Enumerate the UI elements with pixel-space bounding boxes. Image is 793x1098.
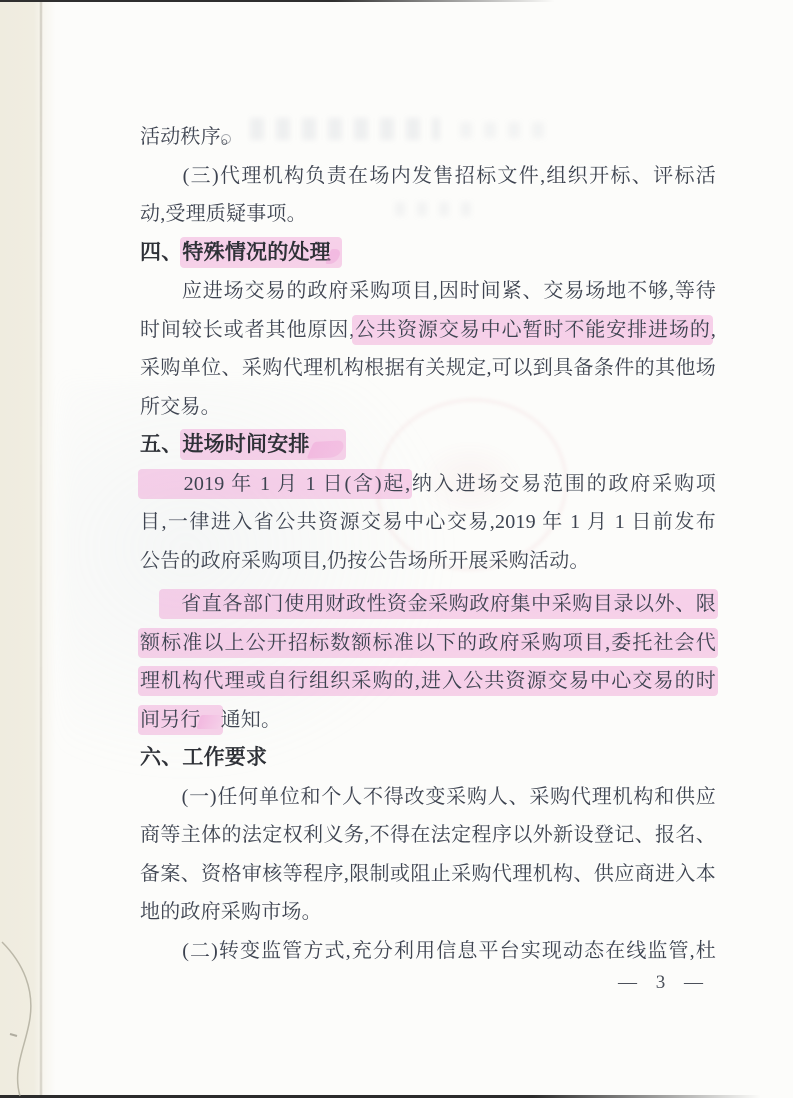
scanned-document-page: 活动秩序。 (三)代理机构负责在场内发售招标文件,组织开标、评标活 动,受理质疑… [0, 0, 793, 1098]
paper-fold-crease [40, 0, 42, 1098]
paper-wrinkle [0, 938, 120, 1098]
text-line-highlighted: 理机构代理或自行组织采购的,进入公共资源交易中心交易的时 [140, 662, 716, 701]
text-line: (二)转变监管方式,充分利用信息平台实现动态在线监管,杜 [140, 932, 716, 971]
text-line: 所交易。 [140, 388, 716, 427]
text-line: 应进场交易的政府采购项目,因时间紧、交易场地不够,等待 [140, 272, 716, 311]
text-line: 活动秩序。 [140, 118, 716, 157]
text-line: 地的政府采购市场。 [140, 893, 716, 932]
text-line-highlighted: 时间较长或者其他原因,公共资源交易中心暂时不能安排进场的, [140, 311, 716, 350]
text-line: (一)任何单位和个人不得改变采购人、采购代理机构和供应 [140, 778, 716, 817]
text-line-highlighted: 额标准以上公开招标数额标准以下的政府采购项目,委托社会代 [140, 624, 716, 663]
text-line: 动,受理质疑事项。 [140, 195, 716, 234]
section-heading-5: 五、进场时间安排 [140, 426, 716, 465]
text-line: 商等主体的法定权利义务,不得在法定程序以外新设登记、报名、 [140, 816, 716, 855]
scan-top-edge [0, 0, 555, 2]
page-number: — 3 — [618, 972, 710, 994]
text-line: 目,一律进入省公共资源交易中心交易,2019 年 1 月 1 日前发布 [140, 503, 716, 542]
text-line-highlighted: 间另行通知。 [140, 701, 716, 740]
text-line: 采购单位、采购代理机构根据有关规定,可以到具备条件的其他场 [140, 349, 716, 388]
text-line-highlighted: 省直各部门使用财政性资金采购政府集中采购目录以外、限 [140, 585, 716, 624]
text-line: (三)代理机构负责在场内发售招标文件,组织开标、评标活 [140, 157, 716, 196]
text-line: 备案、资格审核等程序,限制或阻止采购代理机构、供应商进入本 [140, 855, 716, 894]
text-line-highlighted: 2019 年 1 月 1 日(含)起,纳入进场交易范围的政府采购项 [140, 465, 716, 504]
text-line: 公告的政府采购项目,仍按公告场所开展采购活动。 [140, 542, 716, 581]
section-heading-4: 四、特殊情况的处理 [140, 234, 716, 273]
section-heading-6: 六、工作要求 [140, 739, 716, 778]
paper-left-edge [0, 0, 56, 1098]
document-body: 活动秩序。 (三)代理机构负责在场内发售招标文件,组织开标、评标活 动,受理质疑… [140, 118, 716, 970]
